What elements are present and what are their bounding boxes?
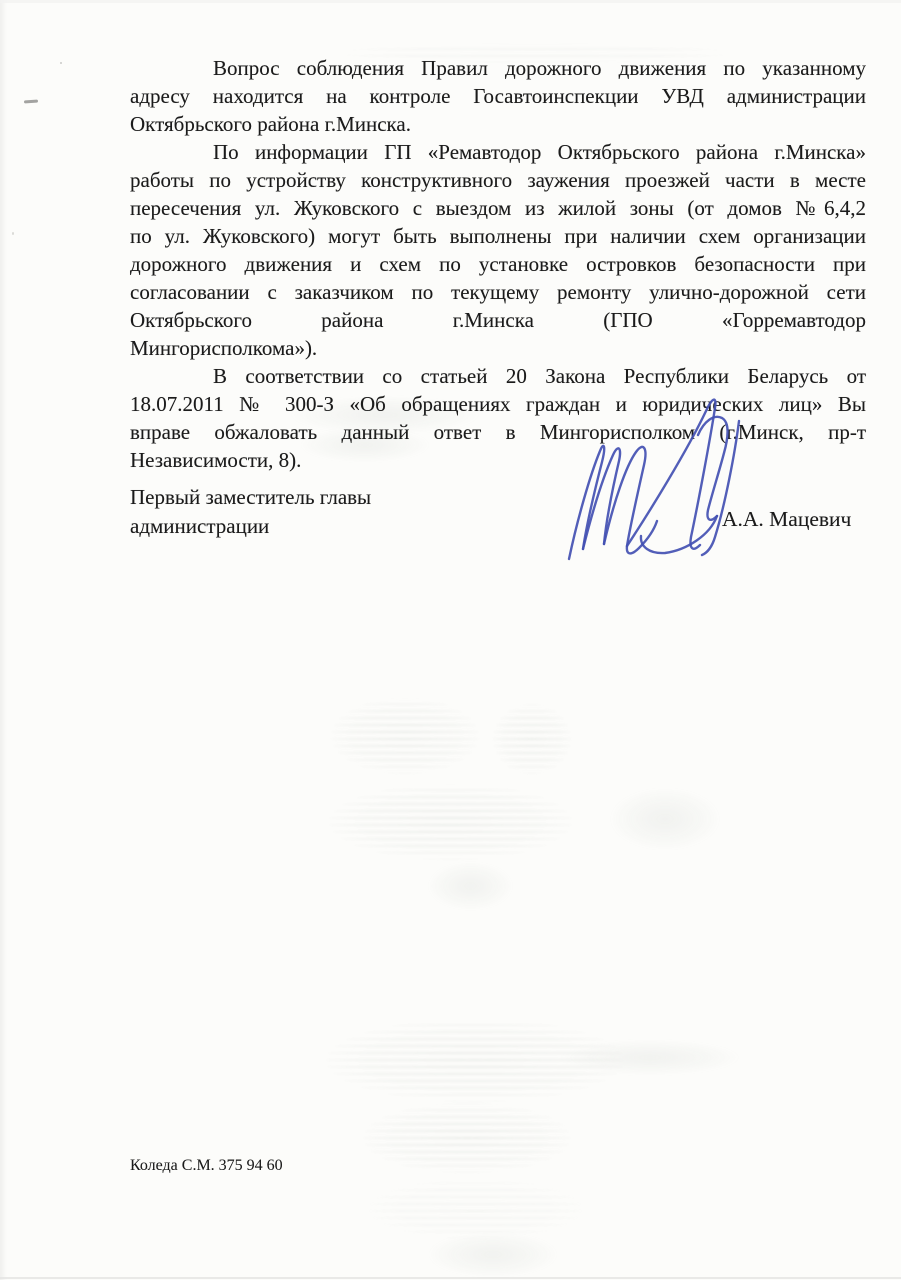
executor-contact: Коледа С.М. 375 94 60: [130, 1155, 283, 1177]
scan-artifact-dash: [24, 100, 38, 104]
text-line: дорожного движения и схем по установке о…: [130, 250, 866, 278]
signer-title: Первый заместитель главы администрации: [130, 483, 371, 541]
text-line: согласовании с заказчиком по текущему ре…: [130, 278, 866, 306]
bleedthrough-smudge: [325, 1018, 625, 1103]
bleedthrough-smudge: [368, 1178, 583, 1240]
paragraph: По информации ГП «Ремавтодор Октябрьског…: [130, 138, 866, 362]
bleedthrough-smudge: [362, 1102, 572, 1174]
text-line: Мингорисполкома»).: [130, 334, 866, 362]
letter-body: Вопрос соблюдения Правил дорожного движе…: [130, 54, 866, 474]
signer-title-line1: Первый заместитель главы: [130, 483, 371, 512]
paragraph: В соответствии со статьей 20 Закона Респ…: [130, 362, 866, 474]
text-line: Октябрьского района г.Минска (ГПО «Горре…: [130, 306, 866, 334]
scan-edge-left: [0, 0, 7, 1280]
signer-name: А.А. Мацевич: [722, 505, 851, 533]
bleedthrough-smudge: [428, 862, 513, 910]
text-line: вправе обжаловать данный ответ в Мингори…: [130, 418, 866, 446]
text-line: Независимости, 8).: [130, 446, 866, 474]
paragraph: Вопрос соблюдения Правил дорожного движе…: [130, 54, 866, 138]
bleedthrough-smudge: [610, 788, 720, 850]
text-line: работы по устройству конструктивного зау…: [130, 166, 866, 194]
text-line: Вопрос соблюдения Правил дорожного движе…: [130, 54, 866, 82]
text-line: пересечения ул. Жуковского с выездом из …: [130, 194, 866, 222]
text-line: В соответствии со статьей 20 Закона Респ…: [130, 362, 866, 390]
bleedthrough-smudge: [330, 697, 480, 775]
scan-artifact-speck: [60, 62, 62, 64]
bleedthrough-smudge: [560, 1040, 740, 1075]
bleedthrough-smudge: [492, 703, 572, 775]
scan-artifact-speck: [12, 232, 14, 235]
signer-title-line2: администрации: [130, 512, 371, 541]
scan-edge-top: [0, 0, 901, 3]
text-line: По информации ГП «Ремавтодор Октябрьског…: [130, 138, 866, 166]
scanned-letter-page: Вопрос соблюдения Правил дорожного движе…: [0, 0, 901, 1280]
text-line: по ул. Жуковского) могут быть выполнены …: [130, 222, 866, 250]
text-line: адресу находится на контроле Госавтоинсп…: [130, 82, 866, 110]
scan-edge-bottom: [0, 1277, 901, 1279]
bleedthrough-smudge: [428, 1232, 558, 1277]
text-line: 18.07.2011 № 300-З «Об обращениях гражда…: [130, 390, 866, 418]
bleedthrough-smudge: [328, 783, 573, 861]
text-line: Октябрьского района г.Минска.: [130, 110, 866, 138]
